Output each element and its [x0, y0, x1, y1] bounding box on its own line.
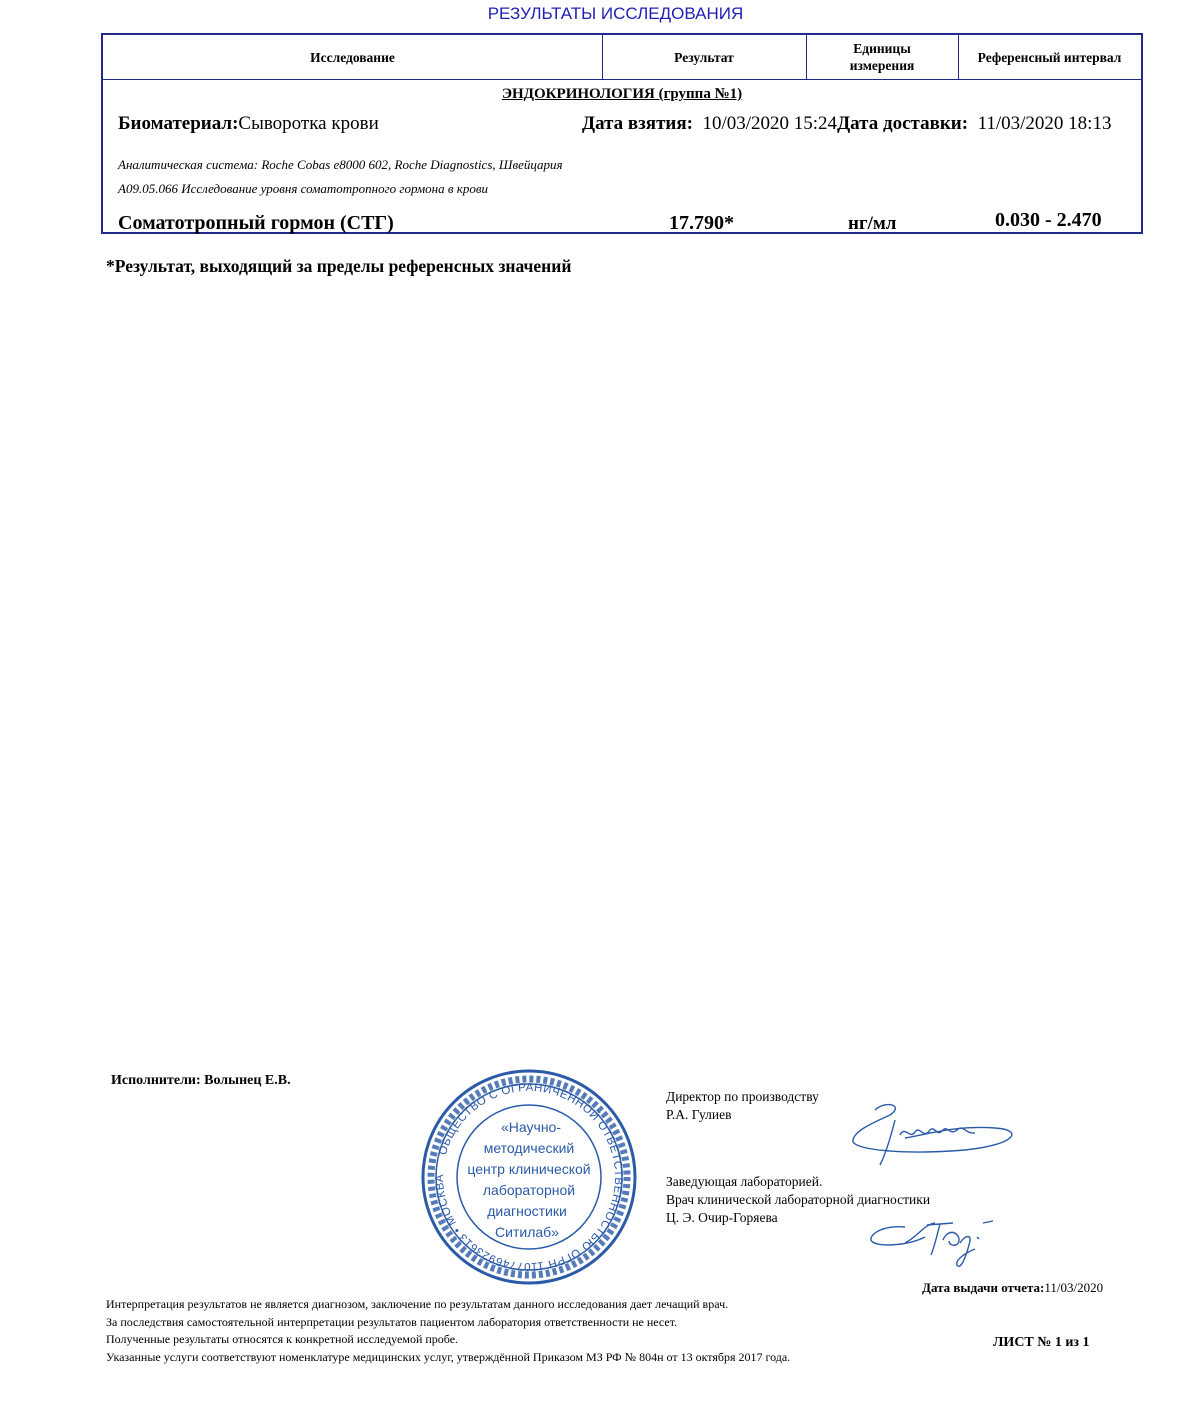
dates: Дата взятия: 10/03/2020 15:24Дата достав…: [582, 113, 1111, 135]
out-of-range-note: *Результат, выходящий за пределы референ…: [106, 256, 571, 277]
issue-date: Дата выдачи отчета:11/03/2020: [922, 1280, 1103, 1296]
test-reference: 0.030 - 2.470: [995, 209, 1102, 232]
disclaimer-line: Указанные услуги соответствуют номенклат…: [106, 1349, 790, 1367]
group-title: ЭНДОКРИНОЛОГИЯ (группа №1): [103, 86, 1141, 103]
lab-stamp-icon: ОБЩЕСТВО С ОГРАНИЧЕННОЙ ОТВЕТСТВЕННОСТЬЮ…: [418, 1068, 640, 1286]
header-units-line1: Единицы: [853, 40, 911, 57]
biomaterial-value: Сыворотка крови: [238, 113, 378, 134]
stamp-line: лабораторной: [483, 1182, 575, 1198]
director-block: Директор по производству Р.А. Гулиев: [666, 1088, 819, 1124]
issue-date-label: Дата выдачи отчета:: [922, 1280, 1044, 1295]
director-signature-icon: [845, 1100, 1025, 1170]
executors: Исполнители: Волынец Е.В.: [111, 1073, 291, 1089]
results-table: Исследование Результат Единицы измерения…: [101, 33, 1143, 234]
service-code: A09.05.066 Исследование уровня соматотро…: [118, 181, 488, 197]
date-taken-label: Дата взятия:: [582, 113, 693, 134]
stamp-line: «Научно-: [501, 1119, 561, 1135]
sheet-number: ЛИСТ № 1 из 1: [993, 1335, 1090, 1351]
lab-head-position: Врач клинической лабораторной диагностик…: [666, 1191, 930, 1209]
issue-date-value: 11/03/2020: [1044, 1280, 1103, 1295]
header-study: Исследование: [103, 35, 603, 79]
stamp-line: Ситилаб»: [495, 1224, 559, 1240]
header-units-line2: измерения: [850, 57, 915, 74]
stamp-line: центр клинической: [467, 1161, 590, 1177]
disclaimer-line: Интерпретация результатов не является ди…: [106, 1296, 790, 1314]
test-name: Соматотропный гормон (СТГ): [118, 212, 394, 235]
disclaimer-line: За последствия самостоятельной интерпрет…: [106, 1314, 790, 1332]
header-result: Результат: [602, 35, 807, 79]
stamp-line: диагностики: [487, 1203, 567, 1219]
header-reference: Референсный интервал: [958, 35, 1141, 79]
report-title: РЕЗУЛЬТАТЫ ИССЛЕДОВАНИЯ: [0, 4, 1191, 24]
director-title: Директор по производству: [666, 1088, 819, 1106]
test-unit: нг/мл: [848, 213, 896, 235]
lab-head-signature-icon: [865, 1215, 1005, 1275]
date-delivered-label: Дата доставки:: [837, 113, 968, 134]
lab-head-title: Заведующая лабораторией.: [666, 1173, 930, 1191]
test-result: 17.790*: [669, 212, 734, 235]
date-delivered-value: 11/03/2020 18:13: [978, 113, 1112, 134]
stamp-line: методический: [484, 1140, 575, 1156]
disclaimer-line: Полученные результаты относятся к конкре…: [106, 1331, 790, 1349]
date-taken-value: 10/03/2020 15:24: [702, 113, 837, 134]
analytic-system: Аналитическая система: Roche Cobas e8000…: [118, 157, 563, 173]
biomaterial-label: Биоматериал:: [118, 113, 238, 134]
biomaterial: Биоматериал:Сыворотка крови: [118, 113, 379, 135]
table-header: Исследование Результат Единицы измерения…: [103, 35, 1141, 80]
director-name: Р.А. Гулиев: [666, 1106, 819, 1124]
disclaimers: Интерпретация результатов не является ди…: [106, 1296, 790, 1366]
header-units: Единицы измерения: [806, 35, 959, 79]
